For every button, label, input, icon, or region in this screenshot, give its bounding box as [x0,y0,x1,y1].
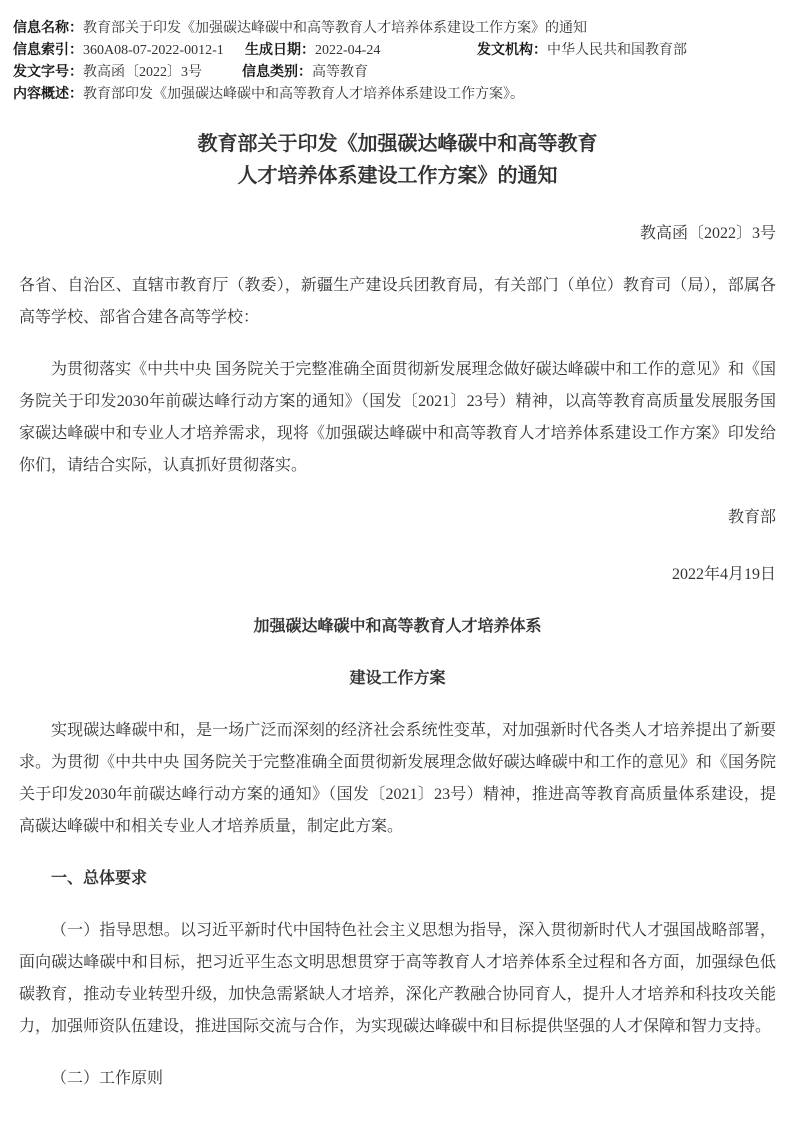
info-index-value: 360A08-07-2022-0012-1 [83,40,224,62]
info-name-value: 教育部关于印发《加强碳达峰碳中和高等教育人才培养体系建设工作方案》的通知 [83,18,587,40]
work-principles-heading: （二）工作原则 [19,1063,776,1095]
info-name-pair: 信息名称： 教育部关于印发《加强碳达峰碳中和高等教育人才培养体系建设工作方案》的… [13,18,587,40]
guiding-ideology-paragraph: （一）指导思想。以习近平新时代中国特色社会主义思想为指导，深入贯彻新时代人才强国… [19,915,776,1043]
info-doc-no-label: 发文字号： [13,62,83,84]
salutation: 各省、自治区、直辖市教育厅（教委），新疆生产建设兵团教育局，有关部门（单位）教育… [19,270,776,334]
document-title-line1: 教育部关于印发《加强碳达峰碳中和高等教育 [19,128,776,160]
info-index-pair: 信息索引： 360A08-07-2022-0012-1 [13,40,245,62]
signature-date: 2022年4月19日 [19,559,776,591]
info-agency-value: 中华人民共和国教育部 [547,40,687,62]
attachment-intro-paragraph: 实现碳达峰碳中和，是一场广泛而深刻的经济社会系统性变革，对加强新时代各类人才培养… [19,715,776,843]
info-doc-no-pair: 发文字号： 教高函〔2022〕3号 [13,62,242,84]
info-category-value: 高等教育 [312,62,368,84]
info-row-name: 信息名称： 教育部关于印发《加强碳达峰碳中和高等教育人才培养体系建设工作方案》的… [13,18,776,40]
info-agency-label: 发文机构： [477,40,547,62]
attachment-title-line2: 建设工作方案 [19,663,776,695]
document-number: 教高函〔2022〕3号 [19,218,776,250]
info-agency-pair: 发文机构： 中华人民共和国教育部 [477,40,687,62]
info-summary-label: 内容概述： [13,84,83,106]
info-summary-pair: 内容概述： 教育部印发《加强碳达峰碳中和高等教育人才培养体系建设工作方案》。 [13,84,524,106]
document-body: 教育部关于印发《加强碳达峰碳中和高等教育 人才培养体系建设工作方案》的通知 教高… [19,128,776,1095]
info-gen-date-pair: 生成日期： 2022-04-24 [245,40,477,62]
info-summary-value: 教育部印发《加强碳达峰碳中和高等教育人才培养体系建设工作方案》。 [83,84,524,106]
info-index-label: 信息索引： [13,40,83,62]
info-gen-date-value: 2022-04-24 [315,40,380,62]
signature: 教育部 [19,502,776,534]
section-heading-overall-requirements: 一、总体要求 [19,863,776,895]
info-row-summary: 内容概述： 教育部印发《加强碳达峰碳中和高等教育人才培养体系建设工作方案》。 [13,84,776,106]
info-gen-date-label: 生成日期： [245,40,315,62]
document-page: 信息名称： 教育部关于印发《加强碳达峰碳中和高等教育人才培养体系建设工作方案》的… [0,0,793,1095]
notice-body-paragraph: 为贯彻落实《中共中央 国务院关于完整准确全面贯彻新发展理念做好碳达峰碳中和工作的… [19,354,776,482]
info-name-label: 信息名称： [13,18,83,40]
document-title: 教育部关于印发《加强碳达峰碳中和高等教育 人才培养体系建设工作方案》的通知 [19,128,776,192]
info-row-index-date-agency: 信息索引： 360A08-07-2022-0012-1 生成日期： 2022-0… [13,40,776,62]
attachment-title-line1: 加强碳达峰碳中和高等教育人才培养体系 [19,611,776,643]
info-table: 信息名称： 教育部关于印发《加强碳达峰碳中和高等教育人才培养体系建设工作方案》的… [13,18,776,106]
document-title-line2: 人才培养体系建设工作方案》的通知 [19,160,776,192]
info-category-pair: 信息类别： 高等教育 [242,62,368,84]
info-category-label: 信息类别： [242,62,312,84]
info-row-docno-category: 发文字号： 教高函〔2022〕3号 信息类别： 高等教育 [13,62,776,84]
info-doc-no-value: 教高函〔2022〕3号 [83,62,202,84]
